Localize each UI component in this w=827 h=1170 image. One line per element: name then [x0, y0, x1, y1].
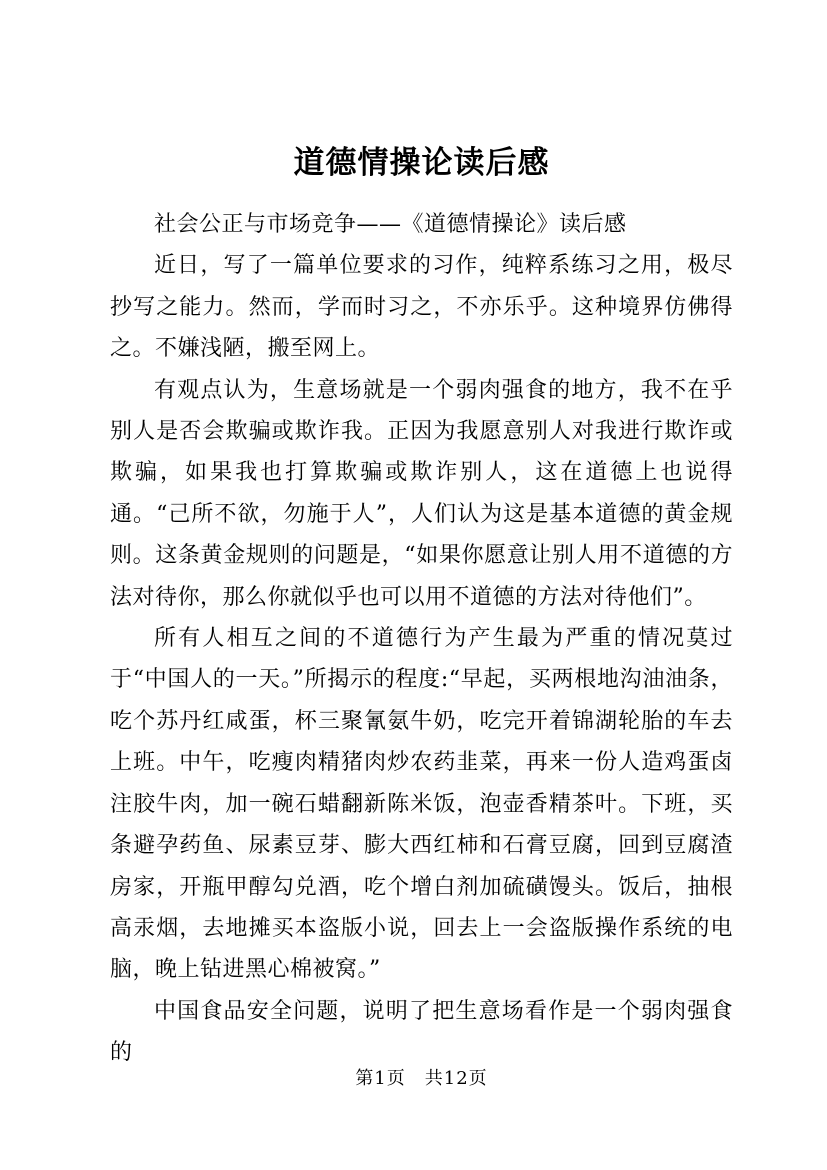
document-body: 社会公正与市场竞争——《道德情操论》读后感 近日，写了一篇单位要求的习作，纯粹系… — [110, 204, 733, 1074]
page-number-footer: 第1页 共12页 — [110, 1066, 733, 1092]
body-paragraph: 近日，写了一篇单位要求的习作，纯粹系练习之用，极尽抄写之能力。然而，学而时习之，… — [110, 245, 733, 369]
document-page: 道德情操论读后感 社会公正与市场竞争——《道德情操论》读后感 近日，写了一篇单位… — [0, 0, 827, 1170]
document-content: 道德情操论读后感 社会公正与市场竞争——《道德情操论》读后感 近日，写了一篇单位… — [110, 138, 733, 1074]
body-paragraph: 中国食品安全问题，说明了把生意场看作是一个弱肉强食的 — [110, 991, 733, 1074]
body-paragraph: 有观点认为，生意场就是一个弱肉强食的地方，我不在乎别人是否会欺骗或欺诈我。正因为… — [110, 370, 733, 618]
page-title: 道德情操论读后感 — [110, 138, 733, 188]
body-paragraph: 社会公正与市场竞争——《道德情操论》读后感 — [110, 204, 733, 245]
body-paragraph: 所有人相互之间的不道德行为产生最为严重的情况莫过于“中国人的一天。”所揭示的程度… — [110, 618, 733, 991]
